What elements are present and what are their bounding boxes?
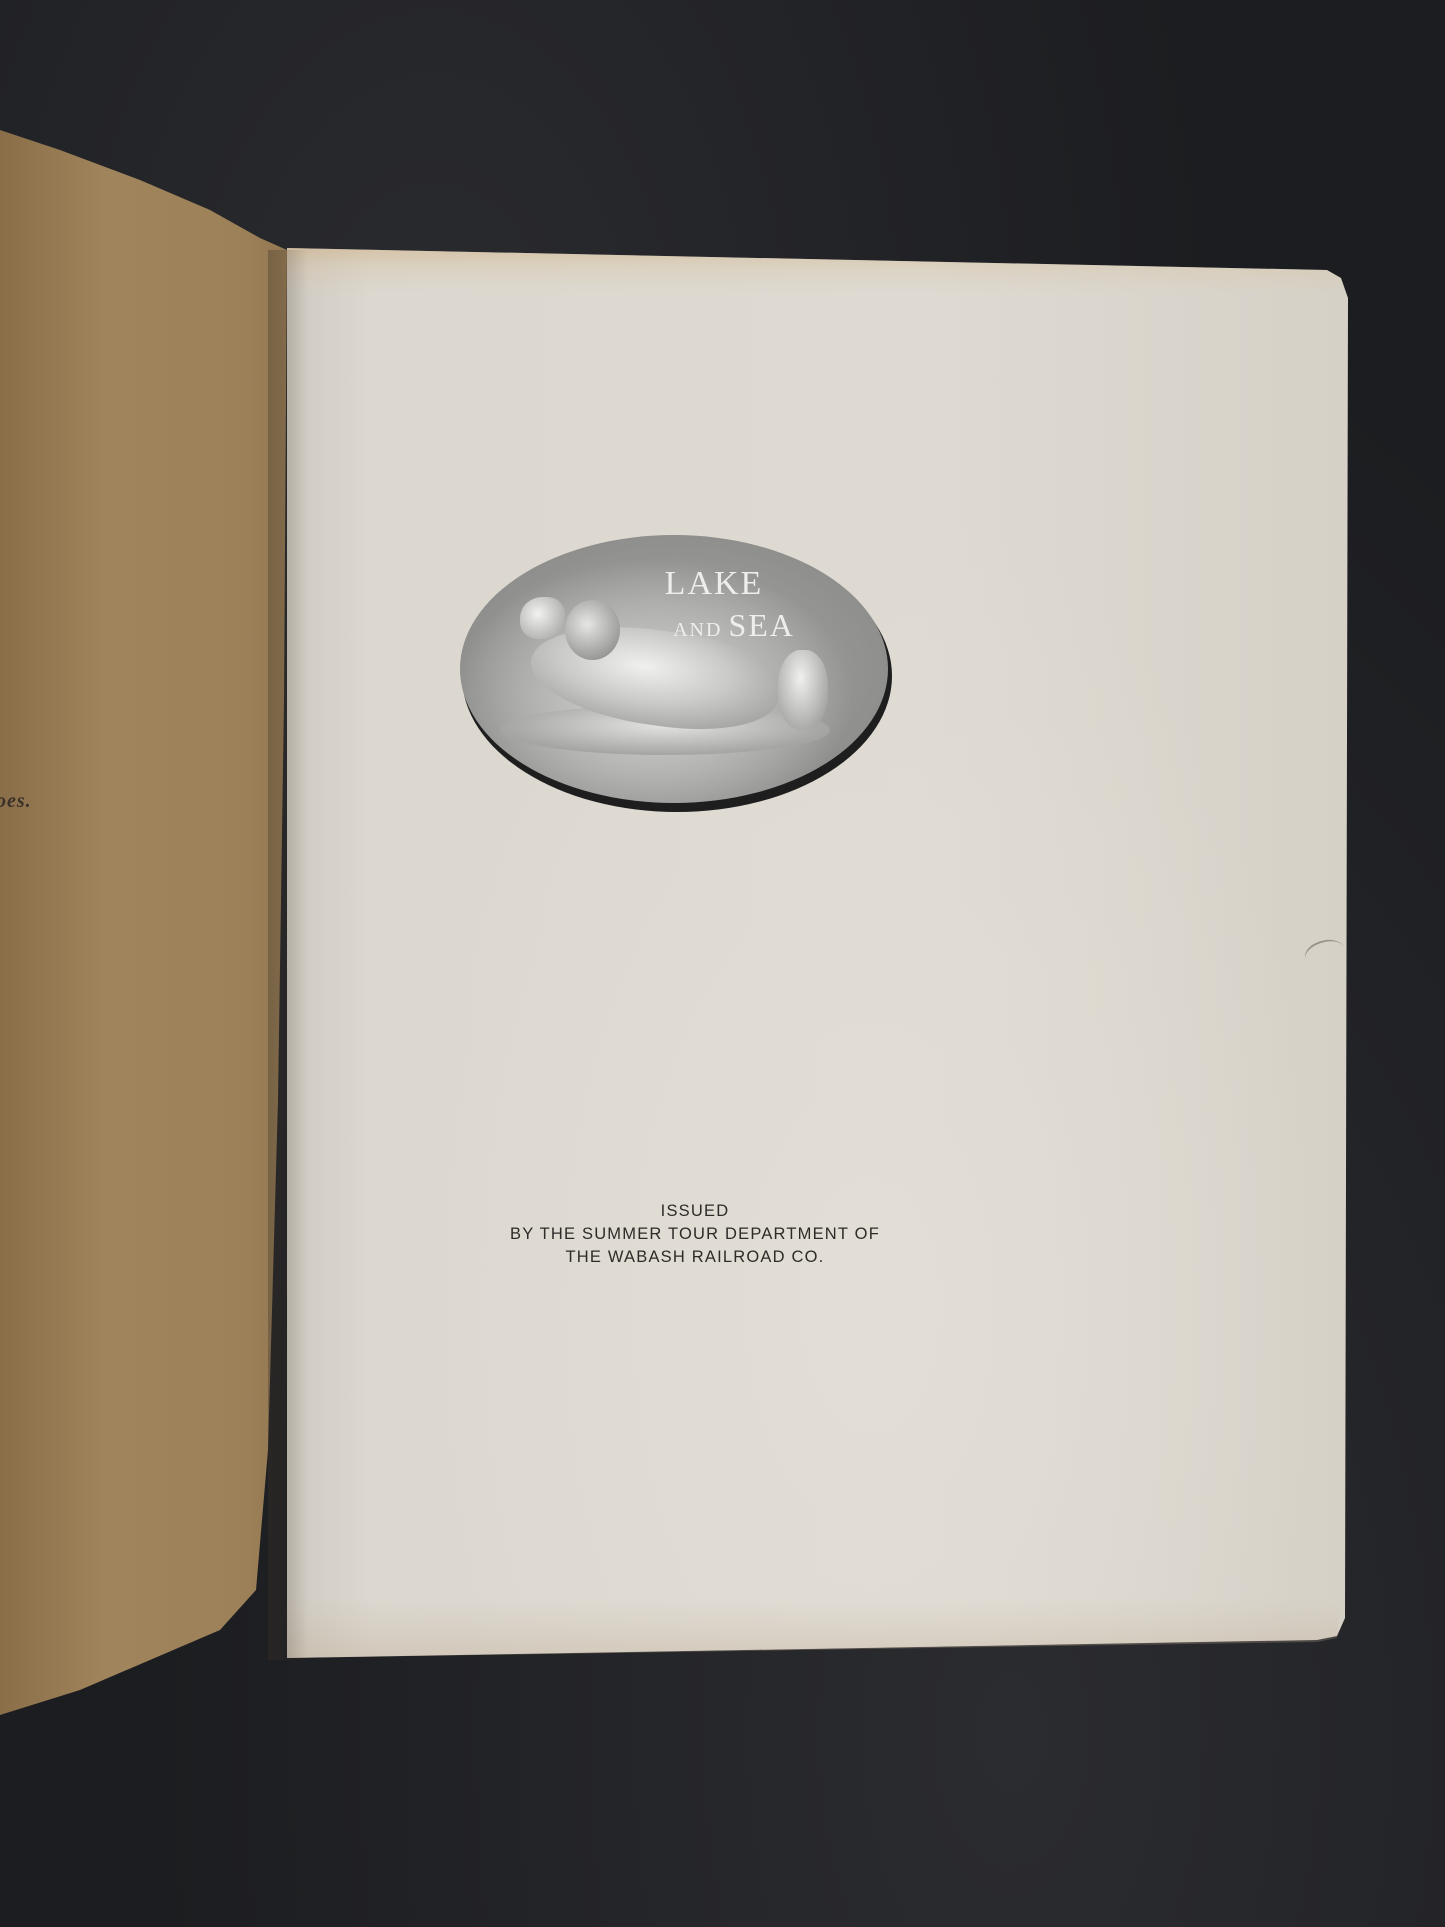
left-page-text-fragment: oes. [0, 790, 32, 813]
cameo-title-sea: SEA [728, 607, 794, 643]
title-page [287, 248, 1348, 1658]
title-page-bottom-edge [287, 1598, 1342, 1658]
cameo-title-and-sea: AND SEA [520, 607, 888, 644]
cherub-figure [778, 650, 828, 730]
imprint-line-company: THE WABASH RAILROAD CO. [480, 1246, 910, 1269]
gutter-shadow [268, 250, 308, 1660]
lake-and-sea-cameo: LAKE AND SEA [460, 535, 888, 803]
publisher-imprint: ISSUED BY THE SUMMER TOUR DEPARTMENT OF … [480, 1200, 910, 1269]
imprint-line-issued: ISSUED [480, 1200, 910, 1223]
left-page: oes. [0, 0, 300, 1927]
cameo-title-and: AND [673, 619, 722, 641]
imprint-line-department: BY THE SUMMER TOUR DEPARTMENT OF [480, 1223, 910, 1246]
cameo-title-lake: LAKE [500, 565, 888, 603]
book-photo-scene: oes. LAKE AND SEA ISSUED BY THE SUMMER T… [0, 0, 1445, 1927]
